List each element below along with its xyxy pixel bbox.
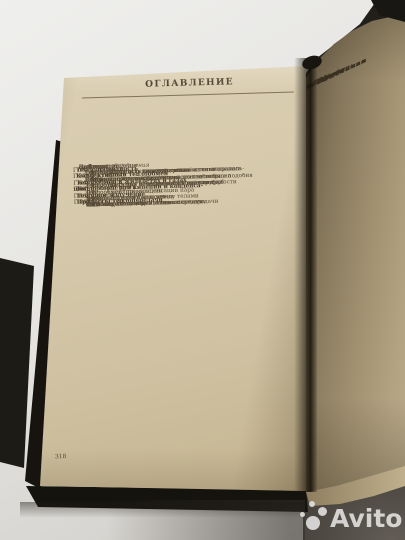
avito-logo-dot-large: [306, 516, 320, 530]
left-page: ОГЛАВЛЕНИЕ Предисловие3Введение4Основные…: [40, 66, 306, 491]
left-page-shading: [40, 66, 306, 491]
book-drop-shadow: [20, 502, 306, 518]
avito-logo-dot-tiny: [300, 512, 305, 517]
avito-logo-dot-medium: [318, 507, 327, 516]
book-gutter-shadow: [294, 58, 317, 492]
avito-logo-icon: [299, 500, 330, 536]
avito-watermark: Avito: [299, 498, 405, 538]
right-page-shading: [303, 14, 405, 495]
avito-wordmark: Avito: [330, 506, 402, 531]
avito-logo-dot-small: [309, 501, 315, 507]
right-page: Глава седьмая7-1.Описание7-2.Аналитич7-3…: [303, 14, 405, 495]
book-photo: ОГЛАВЛЕНИЕ Предисловие3Введение4Основные…: [0, 0, 405, 540]
